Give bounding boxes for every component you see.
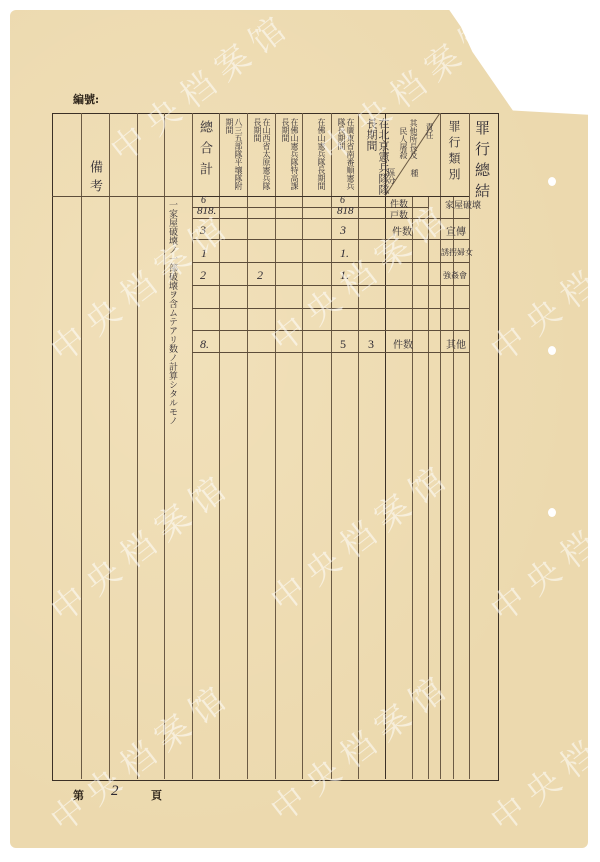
row-rule <box>192 308 469 309</box>
total-propaganda: 3 <box>200 223 206 238</box>
column-rule <box>219 113 220 779</box>
header-bottom-rule <box>192 196 469 197</box>
beijing-propaganda: 3 <box>340 223 346 238</box>
total-rape: 2 <box>200 268 206 283</box>
column-rule <box>412 196 413 779</box>
beijing-abduction: 1. <box>340 246 349 261</box>
remarks-note: 一家屋破壊ノ一部破壊ヲ含ムテアリ数ノ計算シタルモノ <box>167 200 177 460</box>
category-rape: 強姦會 <box>443 270 467 281</box>
category-other: 其他 <box>446 336 466 351</box>
sub-count: 件数 <box>393 336 413 351</box>
guangdong-other: 3 <box>368 337 374 352</box>
column-rule <box>302 113 303 779</box>
column-rule <box>164 113 165 779</box>
column-rule <box>192 113 193 779</box>
header-grand-total: 總合計 <box>198 120 210 192</box>
category-header: 罪行類別 <box>447 120 460 192</box>
sub-count: 件数 <box>392 223 412 238</box>
beijing-housing-households: 818 <box>337 205 354 217</box>
row-rule <box>192 239 469 240</box>
header-shanxi: 在山西省太原憲兵隊長期間 <box>251 118 271 196</box>
category-housing: 家屋破壊 <box>445 198 481 211</box>
row-rule <box>192 330 469 331</box>
column-rule <box>81 113 82 779</box>
row-rule <box>192 352 469 353</box>
page-number: 2 <box>111 783 119 800</box>
category-abduction: 誘拐婦女 <box>441 247 473 258</box>
serial-number-label: 編號: <box>73 91 99 107</box>
total-housing-households: 818. <box>197 205 216 217</box>
column-rule <box>275 113 276 779</box>
punch-hole <box>548 177 556 186</box>
page-suffix: 頁 <box>151 787 162 803</box>
column-rule <box>453 196 454 779</box>
diag-top-left-0: 民人屠殺 <box>399 127 408 159</box>
column-rule <box>247 113 248 779</box>
header-bottom-rule <box>52 196 192 197</box>
total-other: 8. <box>200 337 209 352</box>
row-rule <box>192 285 469 286</box>
column-rule <box>440 113 441 779</box>
column-rule <box>469 113 470 779</box>
diag-top-left-1: 其他所長及 <box>409 119 418 159</box>
diagonal-header-cell: 責任 種 區分 其他所長及 民人屠殺 <box>385 113 440 196</box>
punch-hole <box>548 508 556 517</box>
header-pyongyang: 八三五部隊平壤隊附期間 <box>223 118 243 196</box>
column-rule <box>385 113 386 779</box>
diag-responsibility: 責任 <box>425 123 434 139</box>
beijing-other: 5 <box>340 337 346 352</box>
page-prefix: 第 <box>73 787 84 803</box>
sub-households: 戸数 <box>390 208 408 221</box>
remarks-header-text: 備考 <box>87 160 102 198</box>
header-guangdong: 在廣東省南番順憲兵隊長期間 <box>335 118 355 196</box>
row-rule <box>192 218 469 219</box>
header-foshan-special: 在佛山憲兵隊特高課長期間 <box>279 118 299 196</box>
table-title: 罪行總結 <box>473 120 490 260</box>
total-abduction: 1 <box>201 246 207 261</box>
header-beijing: 在北京憲兵隊隊長期間 <box>365 118 389 196</box>
category-propaganda: 宣傳 <box>446 223 466 238</box>
beijing-rape: 1. <box>340 268 349 283</box>
column-rule <box>137 113 138 779</box>
punch-hole <box>548 346 556 355</box>
column-rule <box>109 113 110 779</box>
remarks-header: 備考 <box>86 160 103 198</box>
row-rule <box>192 262 469 263</box>
header-foshan: 在佛山憲兵隊長期間 <box>306 118 326 196</box>
column-rule <box>358 113 359 779</box>
column-rule <box>428 196 429 779</box>
shanxi-rape: 2 <box>257 268 263 283</box>
column-rule <box>331 113 332 779</box>
diag-type: 種 <box>410 169 419 177</box>
